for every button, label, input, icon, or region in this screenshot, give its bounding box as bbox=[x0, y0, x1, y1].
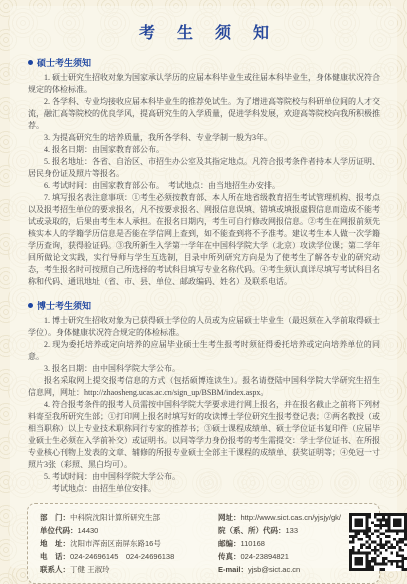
section-heading-label: 博士考生须知 bbox=[37, 299, 91, 312]
paragraph: 1. 硕士研究生招收对象为国家承认学历的应届本科毕业生或往届本科毕业生，身体健康… bbox=[28, 72, 380, 96]
section-masters: 硕士考生须知 1. 硕士研究生招收对象为国家承认学历的应届本科毕业生或往届本科毕… bbox=[28, 56, 380, 288]
contact-label: 网址： bbox=[218, 513, 241, 522]
paragraph: 5. 考试时间：由中国科学院大学公布。 bbox=[28, 471, 380, 483]
contact-label: 院（系、所）代码： bbox=[218, 526, 286, 535]
paragraph: 2. 现为委托培养或定向培养的应届毕业硕士生考生报考时须征得委托培养或定向培养单… bbox=[28, 339, 380, 363]
contact-row: E-mail：yjsb@sict.ac.cn bbox=[218, 563, 341, 576]
contact-row: 传真：024-23894821 bbox=[218, 550, 341, 563]
bullet-icon bbox=[28, 303, 33, 308]
contact-right-column: 网址：http://www.sict.cas.cn/yjsjy/gk/ 院（系、… bbox=[218, 511, 341, 576]
paragraph: 2. 各学科、专业均接收应届本科毕业生的推荐免试生。为了增进高等院校与科研单位间… bbox=[28, 96, 380, 132]
contact-value: 中科院沈阳计算所研究生部 bbox=[70, 513, 160, 522]
contact-label: 邮编： bbox=[218, 539, 241, 548]
paragraph: 4. 报名日期：由国家教育部公布。 bbox=[28, 144, 380, 156]
contact-info-box: 部 门：中科院沈阳计算所研究生部 单位代码：14430 地 址：沈阳市浑南区南屏… bbox=[27, 503, 380, 584]
contact-value: 丁健 王淑玲 bbox=[70, 565, 110, 574]
contact-value email-address: yjsb@sict.ac.cn bbox=[248, 565, 300, 574]
contact-left-column: 部 门：中科院沈阳计算所研究生部 单位代码：14430 地 址：沈阳市浑南区南屏… bbox=[40, 511, 210, 576]
paragraph: 7. 填写报名表注意事项：①考生必须按教育部、本人所在地省级教育招生考试管理机构… bbox=[28, 192, 380, 288]
contact-label: 电 话： bbox=[40, 552, 70, 561]
contact-label: 传真： bbox=[218, 552, 241, 561]
section-doctoral: 博士考生须知 1. 博士研究生招收对象为已获得硕士学位的人员或为应届硕士毕业生（… bbox=[28, 299, 380, 495]
contact-value: 024-23894821 bbox=[241, 552, 289, 561]
bullet-icon bbox=[28, 60, 33, 65]
doctoral-section-heading: 博士考生须知 bbox=[28, 299, 380, 312]
paragraph: 报名采取网上提交报考信息的方式（包括硕博连读生）。报名请登陆中国科学院大学研究生… bbox=[28, 375, 380, 399]
paragraph: 3. 报名日期：由中国科学院大学公布。 bbox=[28, 363, 380, 375]
contact-row: 联系人：丁健 王淑玲 bbox=[40, 563, 210, 576]
contact-label: E-mail： bbox=[218, 565, 248, 574]
contact-row: 邮编：110168 bbox=[218, 537, 341, 550]
paragraph: 4. 符合报考条件的报考人员需按中国科学院大学要求进行网上报名，并在报名截止之前… bbox=[28, 399, 380, 471]
section-heading-label: 硕士考生须知 bbox=[37, 56, 91, 69]
page-title: 考 生 须 知 bbox=[28, 20, 380, 43]
contact-row: 单位代码：14430 bbox=[40, 524, 210, 537]
contact-value: 024-24696145 024-24696138 bbox=[70, 552, 174, 561]
contact-label: 单位代码： bbox=[40, 526, 78, 535]
paragraph: 6. 考试时间：由国家教育部公布。 考试地点：由当地招生办安排。 bbox=[28, 180, 380, 192]
paragraph: 1. 博士研究生招收对象为已获得硕士学位的人员或为应届硕士毕业生（最迟须在入学前… bbox=[28, 315, 380, 339]
contact-row: 部 门：中科院沈阳计算所研究生部 bbox=[40, 511, 210, 524]
contact-value: 14430 bbox=[78, 526, 99, 535]
notice-content: 考 生 须 知 硕士考生须知 1. 硕士研究生招收对象为国家承认学历的应届本科毕… bbox=[0, 0, 407, 495]
contact-row: 地 址：沈阳市浑南区南屏东路16号 bbox=[40, 537, 210, 550]
contact-value website-url: http://www.sict.cas.cn/yjsjy/gk/ bbox=[241, 513, 341, 522]
paragraph: 考试地点：由招生单位安排。 bbox=[28, 483, 380, 495]
contact-label: 联系人： bbox=[40, 565, 70, 574]
contact-row: 网址：http://www.sict.cas.cn/yjsjy/gk/ bbox=[218, 511, 341, 524]
contact-row: 电 话：024-24696145 024-24696138 bbox=[40, 550, 210, 563]
qr-code bbox=[349, 513, 407, 571]
notice-page: 考 生 须 知 硕士考生须知 1. 硕士研究生招收对象为国家承认学历的应届本科毕… bbox=[0, 0, 407, 584]
contact-label: 部 门： bbox=[40, 513, 70, 522]
masters-section-heading: 硕士考生须知 bbox=[28, 56, 380, 69]
contact-value: 110168 bbox=[241, 539, 265, 548]
contact-value: 沈阳市浑南区南屏东路16号 bbox=[70, 539, 161, 548]
contact-label: 地 址： bbox=[40, 539, 70, 548]
contact-row: 院（系、所）代码：133 bbox=[218, 524, 341, 537]
paragraph: 3. 为提高研究生的培养质量，我所各学科、专业学制一般为3年。 bbox=[28, 132, 380, 144]
contact-value: 133 bbox=[286, 526, 299, 535]
paragraph: 5. 报名地址：各省、自治区、市招生办公室及其指定地点。凡符合报考条件者持本人学… bbox=[28, 156, 380, 180]
